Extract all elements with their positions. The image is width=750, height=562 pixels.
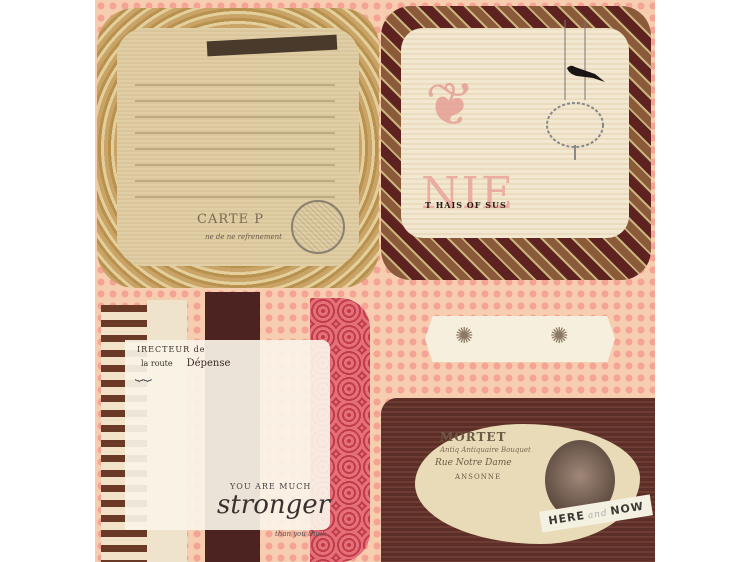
directeur-line: la routeDépense (141, 358, 230, 369)
brace-ornament-icon: ⏟⏟ (135, 366, 152, 382)
script-lines (135, 70, 335, 200)
quote-line2: stronger (217, 490, 330, 520)
star-icon: ✺ (455, 324, 473, 349)
mortet-line1: Antiq Antiquaire Bouquet (440, 446, 531, 454)
postcard-subtitle: ne de ne refrenement (205, 233, 282, 241)
flourish-icon: ❦ (425, 70, 475, 140)
scrapbook-sheet: CARTE P ne de ne refrenement ❦ NIE T HAI… (95, 0, 655, 562)
chandelier-icon (545, 20, 605, 160)
star-icon: ✺ (550, 324, 568, 349)
quote-line3: than you think (275, 530, 326, 538)
postcard-title: CARTE P (197, 212, 264, 227)
directeur-heading: IRECTEUR de (137, 345, 205, 354)
mortet-title: MORTET (440, 430, 507, 444)
star-label-card: ✺ ✺ (425, 316, 615, 362)
mortet-line2: Rue Notre Dame (435, 458, 512, 468)
mortet-line3: ANSONNE (455, 473, 501, 481)
crow-icon (565, 62, 605, 84)
postmark-stamp-icon (291, 200, 345, 254)
chandelier-caption: T HAIS OF SUS (425, 200, 507, 210)
nie-letters: NIE (421, 168, 515, 219)
